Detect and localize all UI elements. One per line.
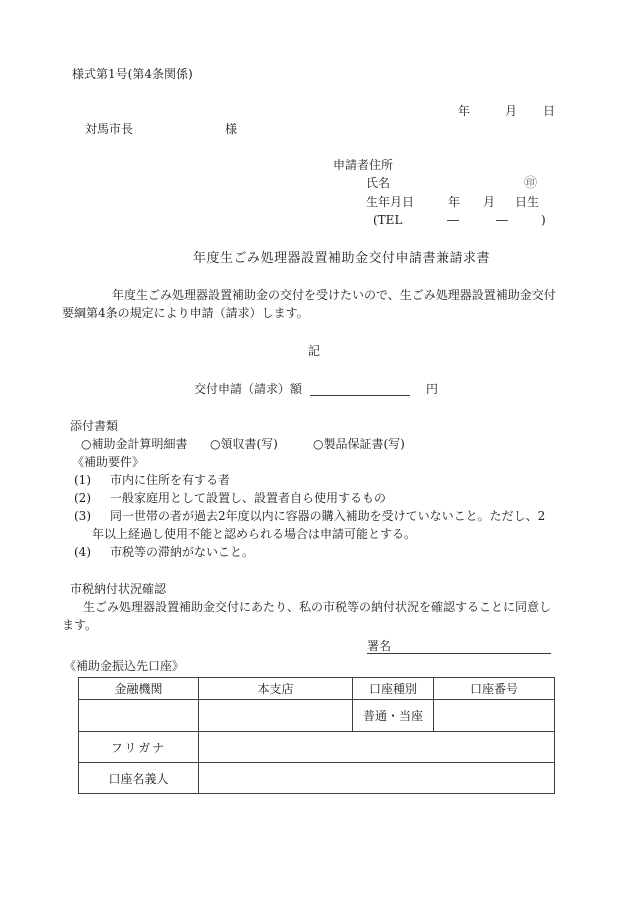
amount-blank-field [310, 382, 410, 396]
tax-check-line-2: ます。 [62, 618, 97, 632]
requirement-number: (2) [74, 491, 91, 505]
requirement-text-continued: 年以上経過し使用不能と認められる場合は申請可能とする。 [92, 527, 416, 541]
bank-account-table: 金融機関 本支店 口座種別 口座番号 普通・当座 フリガナ 口座名義人 [78, 677, 555, 794]
requirement-text: 一般家庭用として設置し、設置者自ら使用するもの [110, 491, 386, 505]
signature-label: 署名 [367, 639, 391, 653]
table-row: フリガナ [79, 732, 555, 763]
bank-holder-label: 口座名義人 [79, 763, 199, 794]
addressee: 対馬市長 [85, 122, 133, 136]
applicant-name-label: 氏名 [366, 176, 390, 190]
attachments-heading: 添付書類 [70, 419, 118, 433]
bank-branch-cell [199, 700, 353, 732]
requirement-number: (4) [74, 545, 91, 559]
bank-header-branch: 本支店 [199, 678, 353, 700]
requirement-text: 同一世帯の者が過去2年度以内に容器の購入補助を受けていないこと。ただし、2 [110, 509, 545, 523]
birth-day-label: 日生 [515, 195, 539, 209]
body-line-2: 要綱第4条の規定により申請（請求）します。 [62, 306, 309, 320]
tax-check-heading: 市税納付状況確認 [70, 582, 166, 596]
birthdate-label: 生年月日 [366, 195, 414, 209]
date-year-label: 年 [458, 104, 470, 118]
bank-account-number-cell [434, 700, 555, 732]
requirement-number: (1) [74, 473, 91, 487]
attachment-option: ○製品保証書(写) [313, 437, 405, 451]
body-line-1: 年度生ごみ処理器設置補助金の交付を受けたいので、生ごみ処理器設置補助金交付 [112, 288, 556, 302]
document-title: 年度生ごみ処理器設置補助金交付申請書兼請求書 [193, 251, 490, 267]
amount-label: 交付申請（請求）額 [194, 382, 302, 396]
bank-furigana-label: フリガナ [79, 732, 199, 763]
bank-furigana-cell [199, 732, 555, 763]
seal-icon: ㊞ [524, 176, 537, 192]
bank-holder-cell [199, 763, 555, 794]
birth-year-label: 年 [448, 195, 460, 209]
bank-section-heading: 《補助金振込先口座》 [64, 659, 184, 673]
bank-header-account-type: 口座種別 [353, 678, 434, 700]
bank-account-type-cell: 普通・当座 [353, 700, 434, 732]
table-row: 普通・当座 [79, 700, 555, 732]
form-page: { "form": { "form_number": "様式第1号(第4条関係)… [0, 0, 630, 903]
birth-month-label: 月 [483, 195, 495, 209]
tel-label: (TEL [373, 213, 402, 227]
requirement-text: 市税等の滞納がないこと。 [110, 545, 254, 559]
requirement-text: 市内に住所を有する者 [110, 473, 230, 487]
form-number: 様式第1号(第4条関係) [72, 67, 193, 81]
table-header-row: 金融機関 本支店 口座種別 口座番号 [79, 678, 555, 700]
attachment-option: ○補助金計算明細書 [81, 437, 187, 451]
ki-marker: 記 [308, 344, 320, 358]
tel-dash: ― [496, 213, 508, 227]
date-day-label: 日 [543, 104, 555, 118]
bank-header-institution: 金融機関 [79, 678, 199, 700]
applicant-address-label: 申請者住所 [333, 158, 393, 172]
requirements-heading: 《補助要件》 [72, 455, 144, 469]
date-month-label: 月 [505, 104, 517, 118]
signature-field: 署名 [367, 637, 551, 654]
tax-check-line-1: 生ごみ処理器設置補助金交付にあたり、私の市税等の納付状況を確認することに同意し [83, 600, 551, 614]
bank-header-account-number: 口座番号 [434, 678, 555, 700]
tel-dash: ― [447, 213, 459, 227]
requirement-number: (3) [74, 509, 91, 523]
table-row: 口座名義人 [79, 763, 555, 794]
addressee-honorific: 様 [225, 122, 237, 136]
attachment-option: ○領収書(写) [210, 437, 278, 451]
bank-institution-cell [79, 700, 199, 732]
amount-unit: 円 [426, 382, 438, 396]
tel-close-paren: ) [541, 213, 546, 227]
